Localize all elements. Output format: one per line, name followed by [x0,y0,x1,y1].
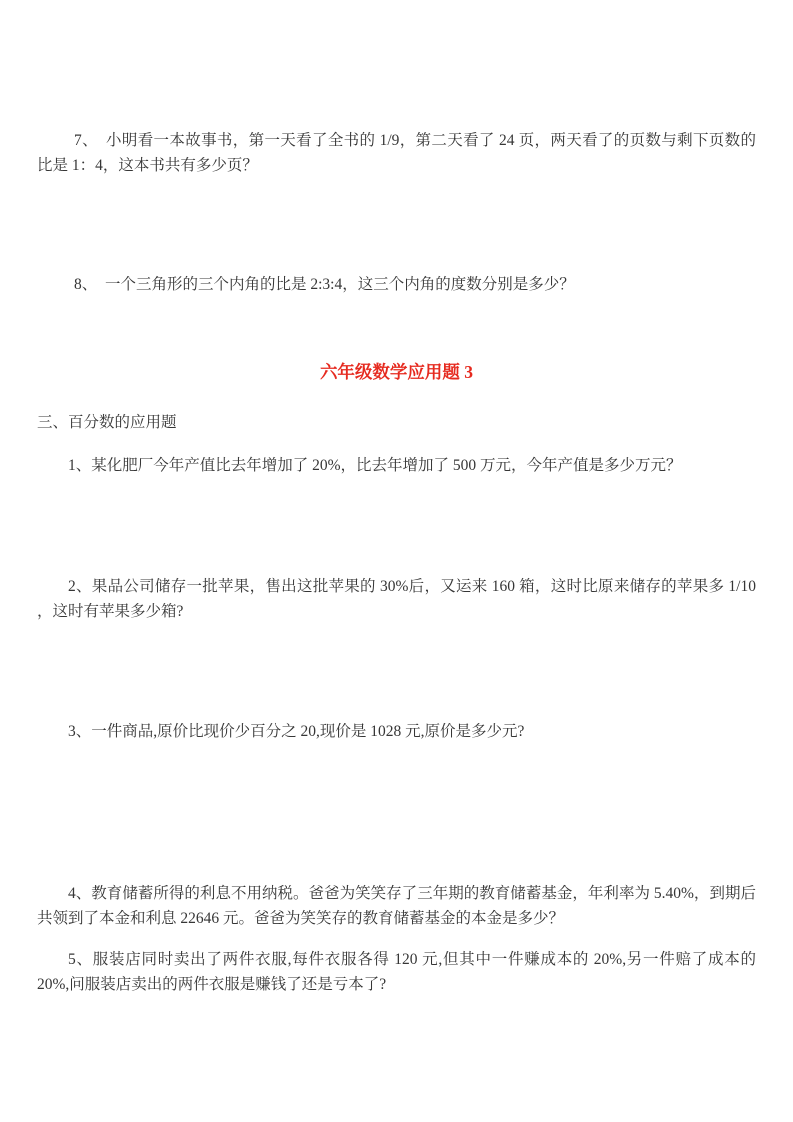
section-heading: 三、百分数的应用题 [37,410,756,435]
worksheet-title: 六年级数学应用题 3 [37,359,756,385]
question-1: 1、某化肥厂今年产值比去年增加了 20%，比去年增加了 500 万元，今年产值是… [37,453,756,478]
question-3: 3、一件商品,原价比现价少百分之 20,现价是 1028 元,原价是多少元? [37,719,756,744]
worksheet-page: 7、 小明看一本故事书，第一天看了全书的 1/9，第二天看了 24 页，两天看了… [0,0,793,1122]
question-5: 5、服装店同时卖出了两件衣服,每件衣服各得 120 元,但其中一件赚成本的 20… [37,947,756,997]
question-2: 2、果品公司储存一批苹果，售出这批苹果的 30%后，又运来 160 箱，这时比原… [37,574,756,624]
question-7: 7、 小明看一本故事书，第一天看了全书的 1/9，第二天看了 24 页，两天看了… [37,128,756,178]
question-8: 8、 一个三角形的三个内角的比是 2:3:4，这三个内角的度数分别是多少？ [37,272,756,297]
question-4: 4、教育储蓄所得的利息不用纳税。爸爸为笑笑存了三年期的教育储蓄基金，年利率为 5… [37,881,756,931]
